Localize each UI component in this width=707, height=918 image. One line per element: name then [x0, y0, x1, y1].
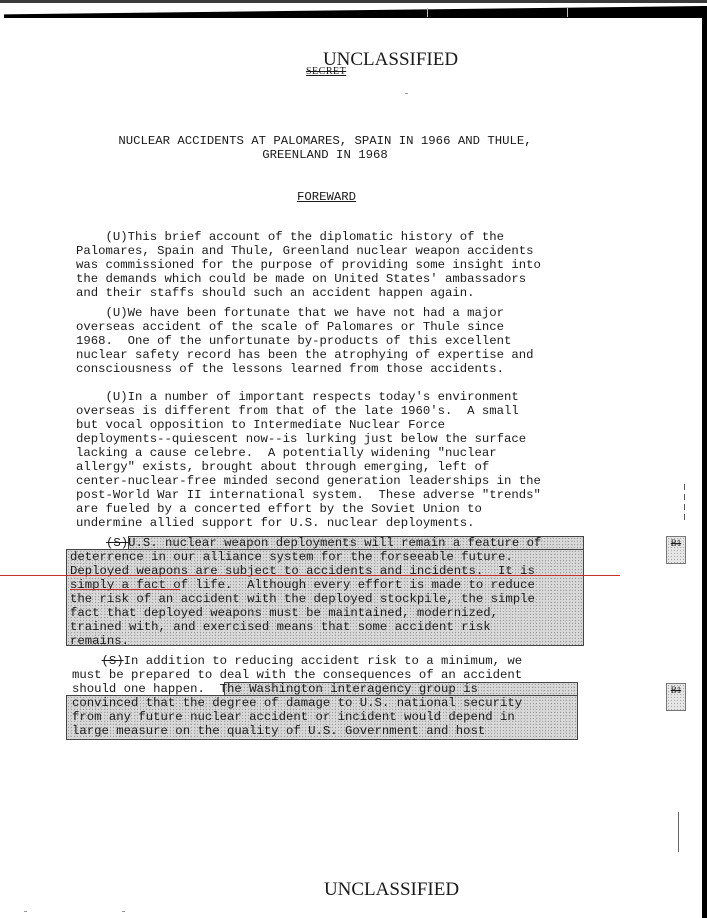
text-line: fact that deployed weapons must be maint… [70, 606, 541, 620]
red-underline-annotation [70, 589, 180, 590]
title-line-2: GREENLAND IN 1968 [262, 148, 387, 162]
exemption-code: B1 [671, 538, 682, 548]
paragraph-5: (S)In addition to reducing accident risk… [72, 654, 522, 738]
text-line: (U)In a number of important respects tod… [76, 390, 541, 404]
text-line: (S)In addition to reducing accident risk… [72, 654, 522, 668]
text-line: remains. [70, 634, 541, 648]
paragraph-4: (S)U.S. nuclear weapon deployments will … [106, 536, 541, 648]
text-line: 1968. One of the unfortunate by-products… [76, 334, 534, 348]
scan-black-border [4, 6, 704, 18]
text-line: allergy" exists, brought about through e… [76, 460, 541, 474]
text-line: and their staffs should such an accident… [76, 286, 541, 300]
scan-border-tick [427, 8, 428, 17]
classification-stamp-top: UNCLASSIFIED [37, 49, 707, 71]
scan-speck [405, 93, 408, 94]
margin-dash-mark [684, 504, 685, 510]
document-title: NUCLEAR ACCIDENTS AT PALOMARES, SPAIN IN… [0, 134, 650, 162]
exemption-stamp: B1 [666, 536, 686, 564]
text-line: deterrence in our alliance system for th… [70, 550, 541, 564]
text-line: convinced that the degree of damage to U… [72, 696, 522, 710]
scan-speck [24, 911, 27, 912]
struck-classification-marking: (S) [106, 536, 128, 550]
margin-dash-mark [684, 484, 685, 490]
text-line: consciousness of the lessons learned fro… [76, 362, 534, 376]
text-line: the risk of an accident with the deploye… [70, 592, 541, 606]
text-line: post-World War II international system. … [76, 488, 541, 502]
scan-top-edge [0, 0, 707, 3]
text-line: trained with, and exercised means that s… [70, 620, 541, 634]
paragraph-3: (U)In a number of important respects tod… [76, 390, 541, 530]
margin-pen-stroke [678, 812, 679, 852]
title-line-1: NUCLEAR ACCIDENTS AT PALOMARES, SPAIN IN… [118, 134, 531, 148]
classification-stamp-bottom: UNCLASSIFIED [38, 879, 707, 901]
text-line: must be prepared to deal with the conseq… [72, 668, 522, 682]
text-line: lacking a cause celebre. A potentially w… [76, 446, 541, 460]
scan-speck [122, 911, 125, 912]
text-line: nuclear safety record has been the atrop… [76, 348, 534, 362]
section-heading: FOREWARD [297, 190, 356, 204]
text-line-content: In addition to reducing accident risk to… [124, 654, 522, 668]
text-line: from any future nuclear accident or inci… [72, 710, 522, 724]
text-line: (U)This brief account of the diplomatic … [76, 230, 541, 244]
red-annotation-line [0, 575, 620, 576]
struck-classification-marking: (S) [102, 654, 124, 668]
text-line: Palomares, Spain and Thule, Greenland nu… [76, 244, 541, 258]
exemption-stamp: B1 [666, 683, 686, 711]
text-line: (U)We have been fortunate that we have n… [76, 306, 534, 320]
text-line-content: U.S. nuclear weapon deployments will rem… [128, 536, 541, 550]
scan-border-tick [567, 8, 568, 17]
text-line: should one happen. The Washington intera… [72, 682, 522, 696]
text-line: overseas accident of the scale of Paloma… [76, 320, 534, 334]
scan-right-border [702, 6, 707, 918]
margin-dash-mark [684, 494, 685, 500]
text-line: deployments--quiescent now--is lurking j… [76, 432, 541, 446]
text-line: the demands which could be made on Unite… [76, 272, 541, 286]
exemption-code: B1 [671, 685, 682, 695]
paragraph-1: (U)This brief account of the diplomatic … [76, 230, 541, 300]
text-line: are fueled by a concerted effort by the … [76, 502, 541, 516]
text-line: overseas is different from that of the l… [76, 404, 541, 418]
text-line: was commissioned for the purpose of prov… [76, 258, 541, 272]
text-line: center-nuclear-free minded second genera… [76, 474, 541, 488]
text-line: large measure on the quality of U.S. Gov… [72, 724, 522, 738]
margin-dash-mark [684, 514, 685, 520]
text-line: but vocal opposition to Intermediate Nuc… [76, 418, 541, 432]
text-line: undermine allied support for U.S. nuclea… [76, 516, 541, 530]
struck-secret-marking: SECRET [306, 66, 346, 77]
paragraph-2: (U)We have been fortunate that we have n… [76, 306, 534, 376]
text-line: (S)U.S. nuclear weapon deployments will … [106, 536, 541, 550]
